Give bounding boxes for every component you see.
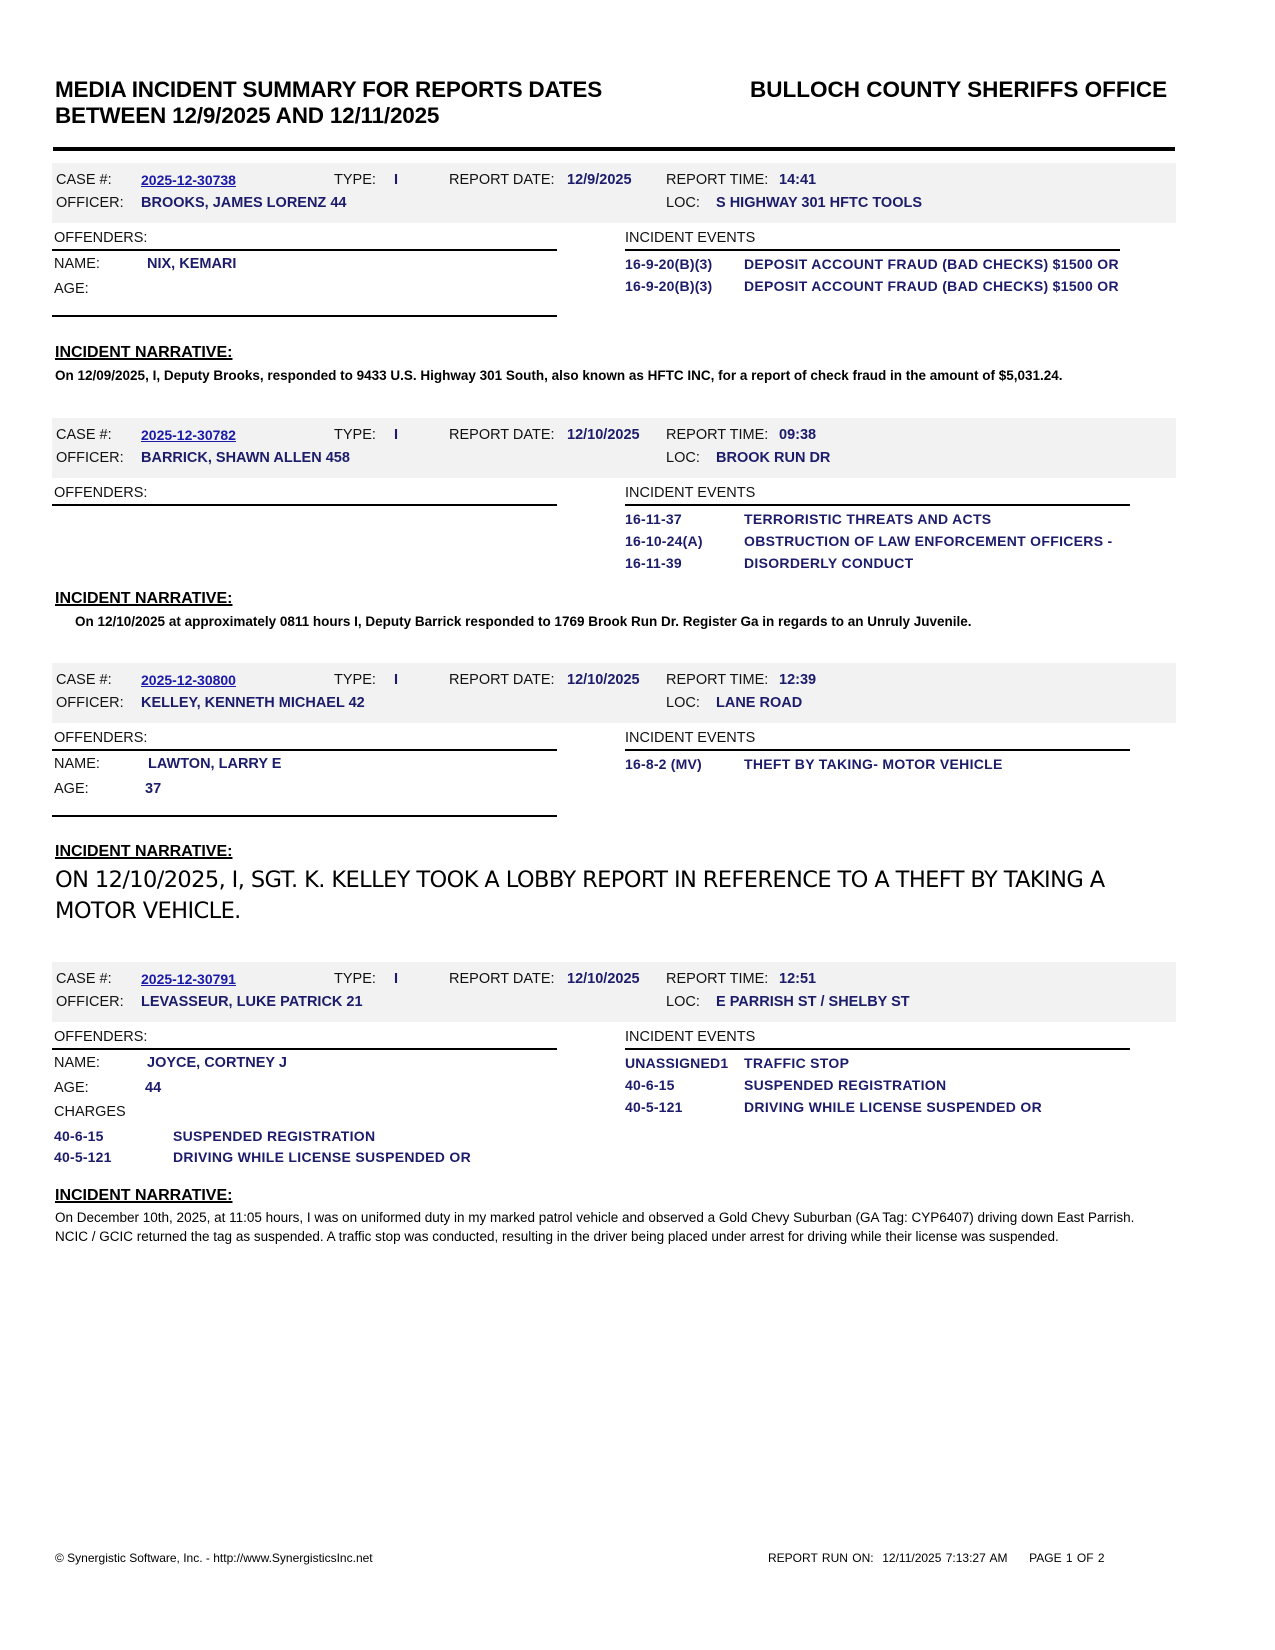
loc-value: E PARRISH ST / SHELBY ST [716,994,910,1010]
case-number-label: CASE #: [56,427,112,443]
offender-age: 37 [145,781,161,797]
charges-label: CHARGES [54,1104,126,1120]
age-label: AGE: [54,281,89,297]
report-date-value: 12/10/2025 [567,672,640,688]
report-date-label: REPORT DATE: [449,971,555,987]
offender-age: 44 [145,1080,161,1096]
event-code: 16-9-20(B)(3) [625,278,712,294]
offenders-label: OFFENDERS: [54,730,147,746]
report-date-label: REPORT DATE: [449,172,555,188]
loc-label: LOC: [666,450,700,466]
case-number-link[interactable]: 2025-12-30738 [141,172,236,188]
case-number-link[interactable]: 2025-12-30800 [141,672,236,688]
charge-description: SUSPENDED REGISTRATION [173,1128,375,1144]
officer-label: OFFICER: [56,695,124,711]
offenders-rule [52,249,557,251]
event-description: DEPOSIT ACCOUNT FRAUD (BAD CHECKS) $1500… [744,278,1119,294]
incident-narrative: On December 10th, 2025, at 11:05 hours, … [55,1208,1150,1246]
offenders-label: OFFENDERS: [54,1029,147,1045]
narrative-heading: INCIDENT NARRATIVE: [55,843,232,861]
offenders-rule [52,749,557,751]
name-label: NAME: [54,1055,100,1071]
report-date-label: REPORT DATE: [449,427,555,443]
case-number-label: CASE #: [56,672,112,688]
event-code: 16-11-37 [625,511,682,527]
events-rule [625,1048,1130,1050]
loc-label: LOC: [666,994,700,1010]
case-number-link[interactable]: 2025-12-30782 [141,427,236,443]
report-time-label: REPORT TIME: [666,971,768,987]
age-label: AGE: [54,1080,89,1096]
offender-name: JOYCE, CORTNEY J [147,1055,287,1071]
events-rule [625,249,1120,251]
type-value: I [394,427,398,443]
offenders-rule [52,1048,557,1050]
header-divider [53,147,1175,151]
agency-name: BULLOCH COUNTY SHERIFFS OFFICE [750,77,1167,103]
event-description: TERRORISTIC THREATS AND ACTS [744,511,991,527]
event-code: 16-9-20(B)(3) [625,256,712,272]
offender-name: LAWTON, LARRY E [148,756,281,772]
report-time-label: REPORT TIME: [666,427,768,443]
report-date-label: REPORT DATE: [449,672,555,688]
officer-value: KELLEY, KENNETH MICHAEL 42 [141,695,365,711]
report-title-line1: MEDIA INCIDENT SUMMARY FOR REPORTS DATES [55,77,602,103]
officer-value: LEVASSEUR, LUKE PATRICK 21 [141,994,363,1010]
footer-report-run: REPORT RUN ON: 12/11/2025 7:13:27 AM PAG… [768,1551,1105,1565]
case-number-label: CASE #: [56,172,112,188]
incident-narrative: ON 12/10/2025, I, SGT. K. KELLEY TOOK A … [55,865,1165,927]
event-description: DRIVING WHILE LICENSE SUSPENDED OR [744,1099,1042,1115]
officer-label: OFFICER: [56,994,124,1010]
report-time-value: 09:38 [779,427,816,443]
case-number-label: CASE #: [56,971,112,987]
type-value: I [394,172,398,188]
event-description: TRAFFIC STOP [744,1055,849,1071]
incident-narrative: On 12/10/2025 at approximately 0811 hour… [75,613,1165,630]
officer-label: OFFICER: [56,450,124,466]
events-rule [625,504,1130,506]
footer-copyright: © Synergistic Software, Inc. - http://ww… [55,1551,373,1565]
name-label: NAME: [54,256,100,272]
age-label: AGE: [54,781,89,797]
incident-events-label: INCIDENT EVENTS [625,230,755,246]
event-code: 40-6-15 [625,1077,675,1093]
type-label: TYPE: [334,672,376,688]
loc-label: LOC: [666,695,700,711]
event-description: DISORDERLY CONDUCT [744,555,914,571]
event-code: 16-11-39 [625,555,682,571]
event-description: DEPOSIT ACCOUNT FRAUD (BAD CHECKS) $1500… [744,256,1119,272]
event-code: 16-8-2 (MV) [625,756,702,772]
narrative-heading: INCIDENT NARRATIVE: [55,344,232,362]
name-label: NAME: [54,756,100,772]
type-label: TYPE: [334,172,376,188]
events-rule [625,749,1130,751]
charge-code: 40-5-121 [54,1149,112,1165]
event-code: UNASSIGNED1 [625,1055,728,1071]
event-code: 16-10-24(A) [625,533,703,549]
officer-label: OFFICER: [56,195,124,211]
report-time-value: 14:41 [779,172,816,188]
report-time-label: REPORT TIME: [666,672,768,688]
type-value: I [394,971,398,987]
incident-events-label: INCIDENT EVENTS [625,730,755,746]
offenders-end-rule [52,315,557,317]
report-time-label: REPORT TIME: [666,172,768,188]
officer-value: BROOKS, JAMES LORENZ 44 [141,195,346,211]
report-time-value: 12:39 [779,672,816,688]
charge-description: DRIVING WHILE LICENSE SUSPENDED OR [173,1149,471,1165]
event-code: 40-5-121 [625,1099,683,1115]
loc-label: LOC: [666,195,700,211]
report-title: MEDIA INCIDENT SUMMARY FOR REPORTS DATES… [55,77,602,129]
loc-value: BROOK RUN DR [716,450,830,466]
officer-value: BARRICK, SHAWN ALLEN 458 [141,450,350,466]
charge-code: 40-6-15 [54,1128,104,1144]
event-description: SUSPENDED REGISTRATION [744,1077,946,1093]
report-date-value: 12/10/2025 [567,971,640,987]
type-label: TYPE: [334,427,376,443]
narrative-heading: INCIDENT NARRATIVE: [55,590,232,608]
case-number-link[interactable]: 2025-12-30791 [141,971,236,987]
event-description: OBSTRUCTION OF LAW ENFORCEMENT OFFICERS … [744,533,1113,549]
event-description: THEFT BY TAKING- MOTOR VEHICLE [744,756,1003,772]
offenders-label: OFFENDERS: [54,230,147,246]
narrative-heading: INCIDENT NARRATIVE: [55,1187,232,1205]
report-date-value: 12/10/2025 [567,427,640,443]
report-date-value: 12/9/2025 [567,172,632,188]
incident-events-label: INCIDENT EVENTS [625,1029,755,1045]
incident-events-label: INCIDENT EVENTS [625,485,755,501]
type-label: TYPE: [334,971,376,987]
report-title-line2: BETWEEN 12/9/2025 AND 12/11/2025 [55,103,602,129]
offenders-label: OFFENDERS: [54,485,147,501]
loc-value: LANE ROAD [716,695,802,711]
loc-value: S HIGHWAY 301 HFTC TOOLS [716,195,922,211]
report-time-value: 12:51 [779,971,816,987]
incident-narrative: On 12/09/2025, I, Deputy Brooks, respond… [55,367,1145,384]
offenders-rule [52,504,557,506]
offenders-end-rule [52,815,557,817]
offender-name: NIX, KEMARI [147,256,236,272]
type-value: I [394,672,398,688]
